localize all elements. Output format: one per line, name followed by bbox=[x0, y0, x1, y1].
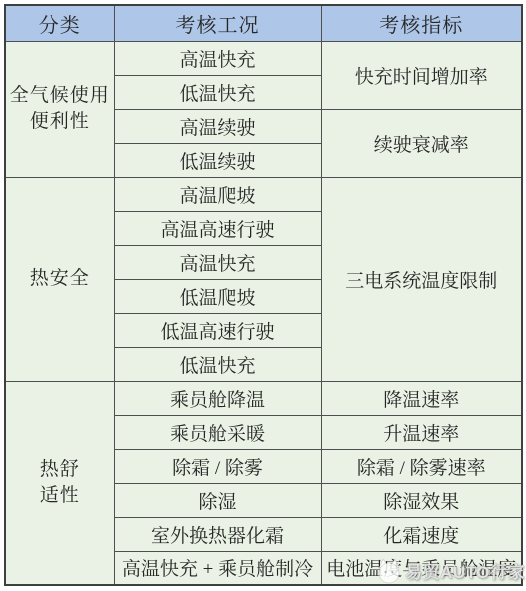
condition-cell: 低温快充 bbox=[114, 75, 321, 109]
category-line: 适性 bbox=[8, 483, 112, 509]
condition-cell: 高温快充 bbox=[114, 245, 321, 279]
category-line: 热舒 bbox=[8, 457, 112, 483]
condition-cell: 低温续驶 bbox=[114, 143, 321, 177]
table-row: 热安全 高温爬坡 三电系统温度限制 bbox=[5, 177, 522, 211]
indicator-cell: 续驶衰减率 bbox=[321, 109, 522, 177]
header-indicator: 考核指标 bbox=[321, 5, 522, 41]
category-line: 便利性 bbox=[8, 109, 112, 135]
condition-cell: 高温高速行驶 bbox=[114, 211, 321, 245]
indicator-cell: 电池温度与乘员舱温度 bbox=[321, 551, 522, 585]
indicator-cell: 除湿效果 bbox=[321, 483, 522, 517]
condition-cell: 除霜 / 除雾 bbox=[114, 449, 321, 483]
indicator-cell: 降温速率 bbox=[321, 381, 522, 415]
ev-thermal-test-spec-table: 分类 考核工况 考核指标 全气候使用 便利性 高温快充 快充时间增加率 低温快充… bbox=[4, 4, 523, 586]
condition-cell: 室外换热器化霜 bbox=[114, 517, 321, 551]
header-row: 分类 考核工况 考核指标 bbox=[5, 5, 522, 41]
condition-cell: 乘员舱降温 bbox=[114, 381, 321, 415]
indicator-cell: 三电系统温度限制 bbox=[321, 177, 522, 381]
indicator-cell: 升温速率 bbox=[321, 415, 522, 449]
indicator-cell: 快充时间增加率 bbox=[321, 41, 522, 109]
condition-cell: 低温爬坡 bbox=[114, 279, 321, 313]
indicator-cell: 除霜 / 除雾速率 bbox=[321, 449, 522, 483]
indicator-cell: 化霜速度 bbox=[321, 517, 522, 551]
header-category: 分类 bbox=[5, 5, 114, 41]
condition-cell: 高温快充 bbox=[114, 41, 321, 75]
header-condition: 考核工况 bbox=[114, 5, 321, 41]
category-line: 全气候使用 bbox=[8, 83, 112, 109]
page: 分类 考核工况 考核指标 全气候使用 便利性 高温快充 快充时间增加率 低温快充… bbox=[0, 0, 526, 591]
condition-cell: 低温高速行驶 bbox=[114, 313, 321, 347]
condition-cell: 高温续驶 bbox=[114, 109, 321, 143]
category-cell-thermal-comfort: 热舒 适性 bbox=[5, 381, 114, 585]
condition-cell: 高温快充 + 乘员舱制冷 bbox=[114, 551, 321, 585]
table-row: 全气候使用 便利性 高温快充 快充时间增加率 bbox=[5, 41, 522, 75]
condition-cell: 高温爬坡 bbox=[114, 177, 321, 211]
condition-cell: 低温快充 bbox=[114, 347, 321, 381]
category-cell-thermal-safety: 热安全 bbox=[5, 177, 114, 381]
table-row: 热舒 适性 乘员舱降温 降温速率 bbox=[5, 381, 522, 415]
category-line: 热安全 bbox=[8, 266, 112, 292]
category-cell-all-climate: 全气候使用 便利性 bbox=[5, 41, 114, 177]
condition-cell: 除湿 bbox=[114, 483, 321, 517]
condition-cell: 乘员舱采暖 bbox=[114, 415, 321, 449]
